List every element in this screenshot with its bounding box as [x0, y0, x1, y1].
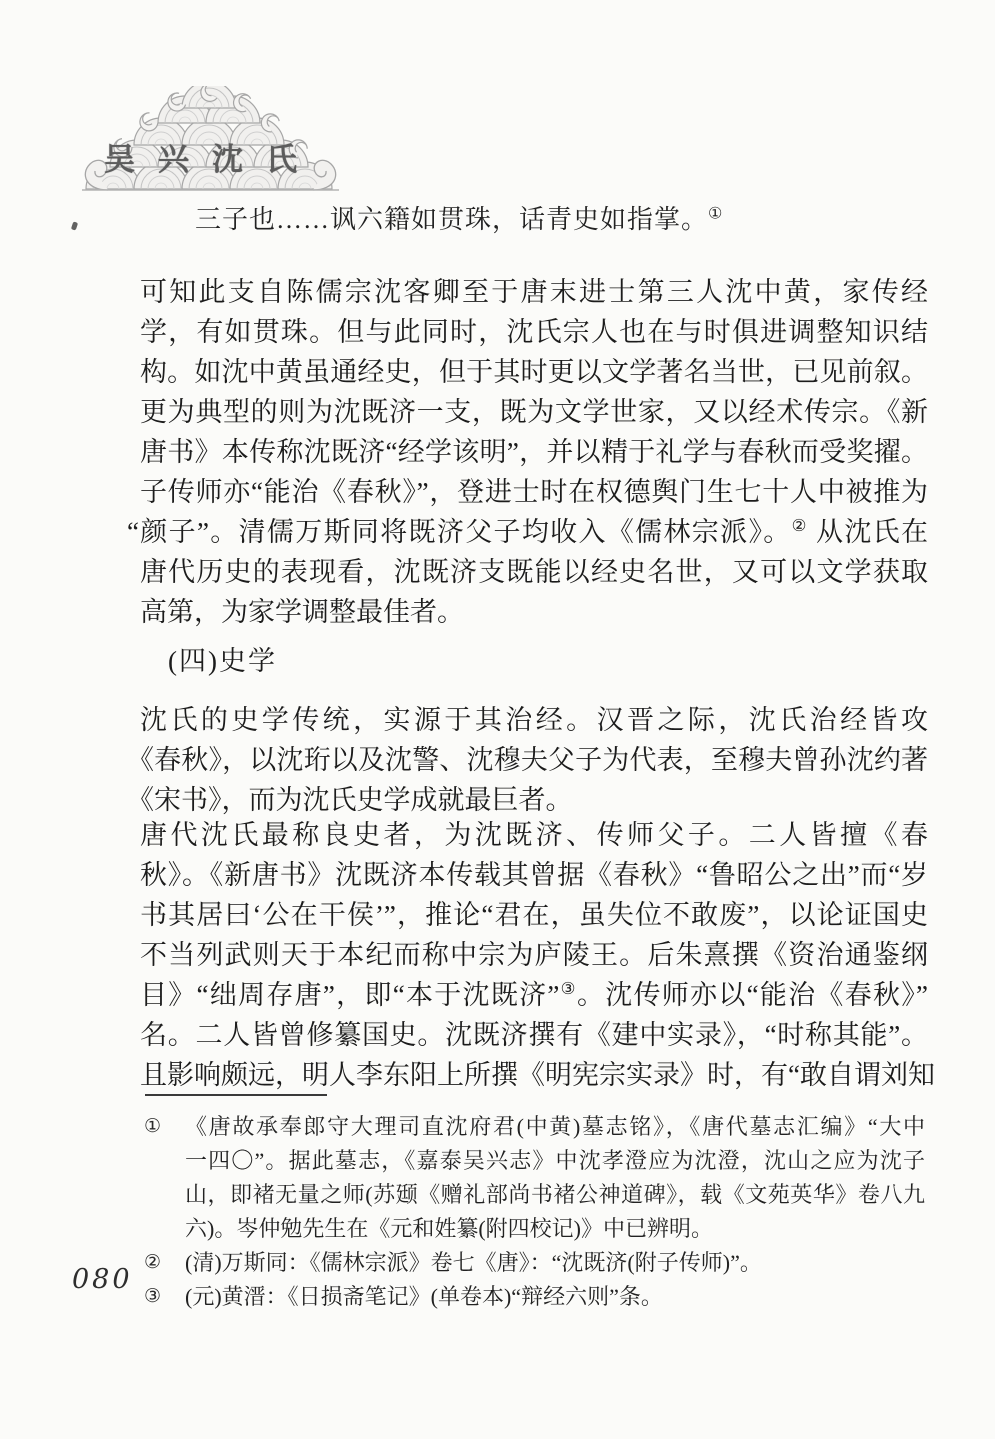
footnote-3: ③ (元)黄溍：《日损斋笔记》(单卷本)“辩经六则”条。 — [140, 1280, 940, 1314]
text-line: 《春秋》，以沈珩以及沈警、沈穆夫父子为代表，至穆夫曾孙沈约著 — [127, 740, 928, 780]
text-line: 唐书》本传称沈既济“经学该明”，并以精于礼学与春秋而受奖擢。 — [140, 432, 928, 472]
paragraph-3: 唐代沈氏最称良史者，为沈既济、传师父子。二人皆擅《春秋》。《新唐书》沈既济本传载… — [140, 815, 928, 1095]
text-line: 可知此支自陈儒宗沈客卿至于唐末进士第三人沈中黄，家传经 — [140, 272, 928, 312]
text-line: 书其居曰‘公在干侯’”，推论“君在，虽失位不敢废”，以论证国史 — [140, 895, 928, 935]
text-line: 子传师亦“能治《春秋》”，登进士时在权德舆门生七十人中被推为 — [140, 472, 928, 512]
footnote-line: 一四〇”。据此墓志，《嘉泰吴兴志》中沈孝澄应为沈澄，沈山之应为沈子 — [185, 1144, 925, 1178]
paragraph-2: 沈氏的史学传统，实源于其治经。汉晋之际，沈氏治经皆攻《春秋》，以沈珩以及沈警、沈… — [140, 700, 928, 820]
text-line: 目》“绌周存唐”，即“本于沈既济”③。沈传师亦以“能治《春秋》” — [140, 975, 928, 1015]
text-line: 更为典型的则为沈既济一支，既为文学世家，又以经术传宗。《新 — [140, 392, 928, 432]
footnote-marker: ① — [140, 1110, 185, 1144]
footnote-line: 《唐故承奉郎守大理司直沈府君(中黄)墓志铭》，《唐代墓志汇编》“大中 — [185, 1110, 925, 1144]
text-line: 名。二人皆曾修纂国史。沈既济撰有《建中实录》，“时称其能”。 — [140, 1015, 928, 1055]
section-heading: (四)史学 — [168, 641, 277, 681]
text-line: 不当列武则天于本纪而称中宗为庐陵王。后朱熹撰《资治通鉴纲 — [140, 935, 928, 975]
footnote-separator — [145, 1094, 327, 1096]
footnote-line: (清)万斯同：《儒林宗派》卷七《唐》：“沈既济(附子传师)”。 — [185, 1246, 925, 1280]
book-page: 吴兴沈氏 三子也……讽六籍如贯珠，话青史如指掌。① 可知此支自陈儒宗沈客卿至于唐… — [0, 0, 995, 1439]
footnote-line: (元)黄溍：《日损斋笔记》(单卷本)“辩经六则”条。 — [185, 1280, 925, 1314]
paragraph-1: 可知此支自陈儒宗沈客卿至于唐末进士第三人沈中黄，家传经学，有如贯珠。但与此同时，… — [140, 272, 928, 632]
header-banner: 吴兴沈氏 — [78, 86, 343, 194]
footnote-line: 山，即褚无量之师(苏颋《赠礼部尚书褚公神道碑》，载《文苑英华》卷八九 — [185, 1178, 925, 1212]
footnotes: ① 《唐故承奉郎守大理司直沈府君(中黄)墓志铭》，《唐代墓志汇编》“大中一四〇”… — [140, 1110, 940, 1314]
text-line: 高第，为家学调整最佳者。 — [140, 592, 928, 632]
ink-speck — [71, 221, 78, 230]
text-line: 唐代沈氏最称良史者，为沈既济、传师父子。二人皆擅《春 — [140, 815, 928, 855]
text-line: 唐代历史的表现看，沈既济支既能以经史名世，又可以文学获取 — [140, 552, 928, 592]
footnote-marker: ③ — [140, 1280, 185, 1314]
text-line: 构。如沈中黄虽通经史，但于其时更以文学著名当世，已见前叙。 — [140, 352, 928, 392]
page-number: 080 — [72, 1264, 133, 1295]
text-line: 且影响颇远，明人李东阳上所撰《明宪宗实录》时，有“敢自谓刘知 — [140, 1055, 928, 1095]
text-line: 《宋书》，而为沈氏史学成就最巨者。 — [127, 780, 928, 820]
text-line: 秋》。《新唐书》沈既济本传载其曾据《春秋》“鲁昭公之出”而“岁 — [140, 855, 928, 895]
banner-title: 吴兴沈氏 — [104, 134, 320, 179]
text-line: 沈氏的史学传统，实源于其治经。汉晋之际，沈氏治经皆攻 — [140, 700, 928, 740]
text-line: 学，有如贯珠。但与此同时，沈氏宗人也在与时俱进调整知识结 — [140, 312, 928, 352]
footnote-2: ② (清)万斯同：《儒林宗派》卷七《唐》：“沈既济(附子传师)”。 — [140, 1246, 940, 1280]
footnote-marker: ② — [140, 1246, 185, 1280]
footnote-1: ① 《唐故承奉郎守大理司直沈府君(中黄)墓志铭》，《唐代墓志汇编》“大中一四〇”… — [140, 1110, 940, 1246]
quote-line: 三子也……讽六籍如贯珠，话青史如指掌。① — [195, 199, 722, 236]
footnote-line: 六)。岑仲勉先生在《元和姓纂(附四校记)》中已辨明。 — [185, 1212, 925, 1246]
text-line: “颜子”。清儒万斯同将既济父子均收入《儒林宗派》。② 从沈氏在 — [127, 512, 928, 552]
